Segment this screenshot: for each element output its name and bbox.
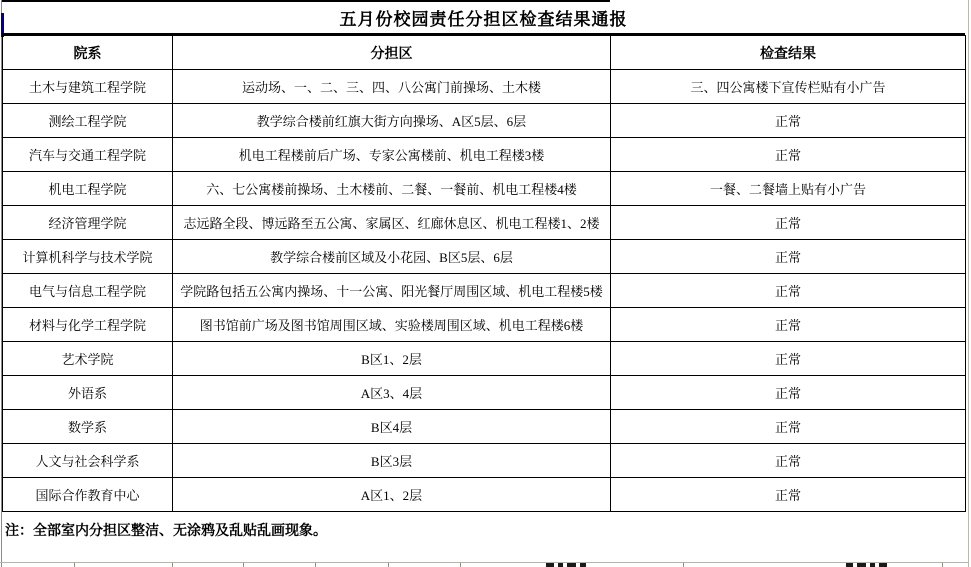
cell-department[interactable]: 计算机科学与技术学院 [3,240,173,274]
cell-department[interactable]: 机电工程学院 [3,172,173,206]
cell-result[interactable]: 正常 [611,240,966,274]
inspection-table: 院系 分担区 检查结果 土木与建筑工程学院 运动场、一、二、三、四、八公寓门前操… [2,35,966,512]
table-row: 材料与化学工程学院 图书馆前广场及图书馆周围区域、实验楼周围区域、机电工程楼6楼… [3,308,966,342]
grid-column-tick [683,563,684,567]
grid-column-tick [460,563,461,567]
cell-result[interactable]: 正常 [611,206,966,240]
column-header-zone[interactable]: 分担区 [173,36,611,70]
cell-result[interactable]: 一餐、二餐墙上贴有小广告 [611,172,966,206]
cell-result[interactable]: 正常 [611,138,966,172]
grid-column-tick [315,563,316,567]
grid-row-line [0,562,969,563]
cell-department[interactable]: 电气与信息工程学院 [3,274,173,308]
cell-result[interactable]: 三、四公寓楼下宣传栏贴有小广告 [611,70,966,104]
cell-zone[interactable]: 六、七公寓楼前操场、土木楼前、二餐、一餐前、机电工程楼4楼 [173,172,611,206]
table-row: 外语系 A区3、4层 正常 [3,376,966,410]
spreadsheet-canvas: 五月份校园责任分担区检查结果通报 院系 分担区 检查结果 土木与建筑工程学院 运… [0,0,971,567]
cell-result[interactable]: 正常 [611,410,966,444]
table-row: 汽车与交通工程学院 机电工程楼前后广场、专家公寓楼前、机电工程楼3楼 正常 [3,138,966,172]
document-title: 五月份校园责任分担区检查结果通报 [340,5,628,30]
sheet-right-edge-line [968,0,969,567]
table-row: 国际合作教育中心 A区1、2层 正常 [3,478,966,512]
cell-zone[interactable]: 教学综合楼前区域及小花园、B区5层、6层 [173,240,611,274]
cell-zone[interactable]: 志远路全段、博远路至五公寓、家属区、红廊休息区、机电工程楼1、2楼 [173,206,611,240]
table-row: 艺术学院 B区1、2层 正常 [3,342,966,376]
table-row: 数学系 B区4层 正常 [3,410,966,444]
cell-result[interactable]: 正常 [611,274,966,308]
cell-department[interactable]: 测绘工程学院 [3,104,173,138]
document-title-cell[interactable]: 五月份校园责任分担区检查结果通报 [2,1,965,35]
grid-column-tick [942,563,943,567]
cell-zone[interactable]: 运动场、一、二、三、四、八公寓门前操场、土木楼 [173,70,611,104]
cell-department[interactable]: 经济管理学院 [3,206,173,240]
grid-column-tick [243,563,244,567]
grid-column-tick [388,563,389,567]
table-row: 计算机科学与技术学院 教学综合楼前区域及小花园、B区5层、6层 正常 [3,240,966,274]
table-row: 人文与社会科学系 B区3层 正常 [3,444,966,478]
cell-department[interactable]: 数学系 [3,410,173,444]
cell-zone[interactable]: B区3层 [173,444,611,478]
cell-department[interactable]: 汽车与交通工程学院 [3,138,173,172]
cell-zone[interactable]: B区1、2层 [173,342,611,376]
clipped-text-fragment [870,563,875,567]
clipped-text-fragment [558,563,563,567]
table-row: 测绘工程学院 教学综合楼前红旗大街方向操场、A区5层、6层 正常 [3,104,966,138]
grid-column-tick [172,563,173,567]
inspection-report-table: 五月份校园责任分担区检查结果通报 院系 分担区 检查结果 土木与建筑工程学院 运… [2,1,965,548]
table-row: 经济管理学院 志远路全段、博远路至五公寓、家属区、红廊休息区、机电工程楼1、2楼… [3,206,966,240]
cell-department[interactable]: 艺术学院 [3,342,173,376]
cell-zone[interactable]: 机电工程楼前后广场、专家公寓楼前、机电工程楼3楼 [173,138,611,172]
footnote-text: 注：全部室内分担区整洁、无涂鸦及乱贴乱画现象。 [5,520,327,540]
cell-department[interactable]: 材料与化学工程学院 [3,308,173,342]
cell-department[interactable]: 外语系 [3,376,173,410]
cell-result[interactable]: 正常 [611,478,966,512]
cell-zone[interactable]: 图书馆前广场及图书馆周围区域、实验楼周围区域、机电工程楼6楼 [173,308,611,342]
clipped-text-fragment [580,563,586,567]
cell-result[interactable]: 正常 [611,104,966,138]
cell-department[interactable]: 国际合作教育中心 [3,478,173,512]
cell-department[interactable]: 人文与社会科学系 [3,444,173,478]
table-row: 电气与信息工程学院 学院路包括五公寓内操场、十一公寓、阳光餐厅周围区域、机电工程… [3,274,966,308]
cell-zone[interactable]: B区4层 [173,410,611,444]
cell-result[interactable]: 正常 [611,376,966,410]
cell-zone[interactable]: A区1、2层 [173,478,611,512]
table-row: 机电工程学院 六、七公寓楼前操场、土木楼前、二餐、一餐前、机电工程楼4楼 一餐、… [3,172,966,206]
clipped-text-fragment [879,563,887,567]
cell-department[interactable]: 土木与建筑工程学院 [3,70,173,104]
clipped-text-fragment [846,563,853,567]
footnote-cell[interactable]: 注：全部室内分担区整洁、无涂鸦及乱贴乱画现象。 [2,512,965,548]
cell-result[interactable]: 正常 [611,308,966,342]
table-row: 土木与建筑工程学院 运动场、一、二、三、四、八公寓门前操场、土木楼 三、四公寓楼… [3,70,966,104]
column-header-result[interactable]: 检查结果 [611,36,966,70]
cell-result[interactable]: 正常 [611,342,966,376]
clipped-text-fragment [546,563,554,567]
clipped-text-fragment [567,563,576,567]
grid-column-tick [74,563,75,567]
cell-zone[interactable]: 学院路包括五公寓内操场、十一公寓、阳光餐厅周围区域、机电工程楼5楼 [173,274,611,308]
clipped-text-fragment [857,563,866,567]
header-row: 院系 分担区 检查结果 [3,36,966,70]
column-header-department[interactable]: 院系 [3,36,173,70]
cell-result[interactable]: 正常 [611,444,966,478]
cell-zone[interactable]: A区3、4层 [173,376,611,410]
cell-zone[interactable]: 教学综合楼前红旗大街方向操场、A区5层、6层 [173,104,611,138]
